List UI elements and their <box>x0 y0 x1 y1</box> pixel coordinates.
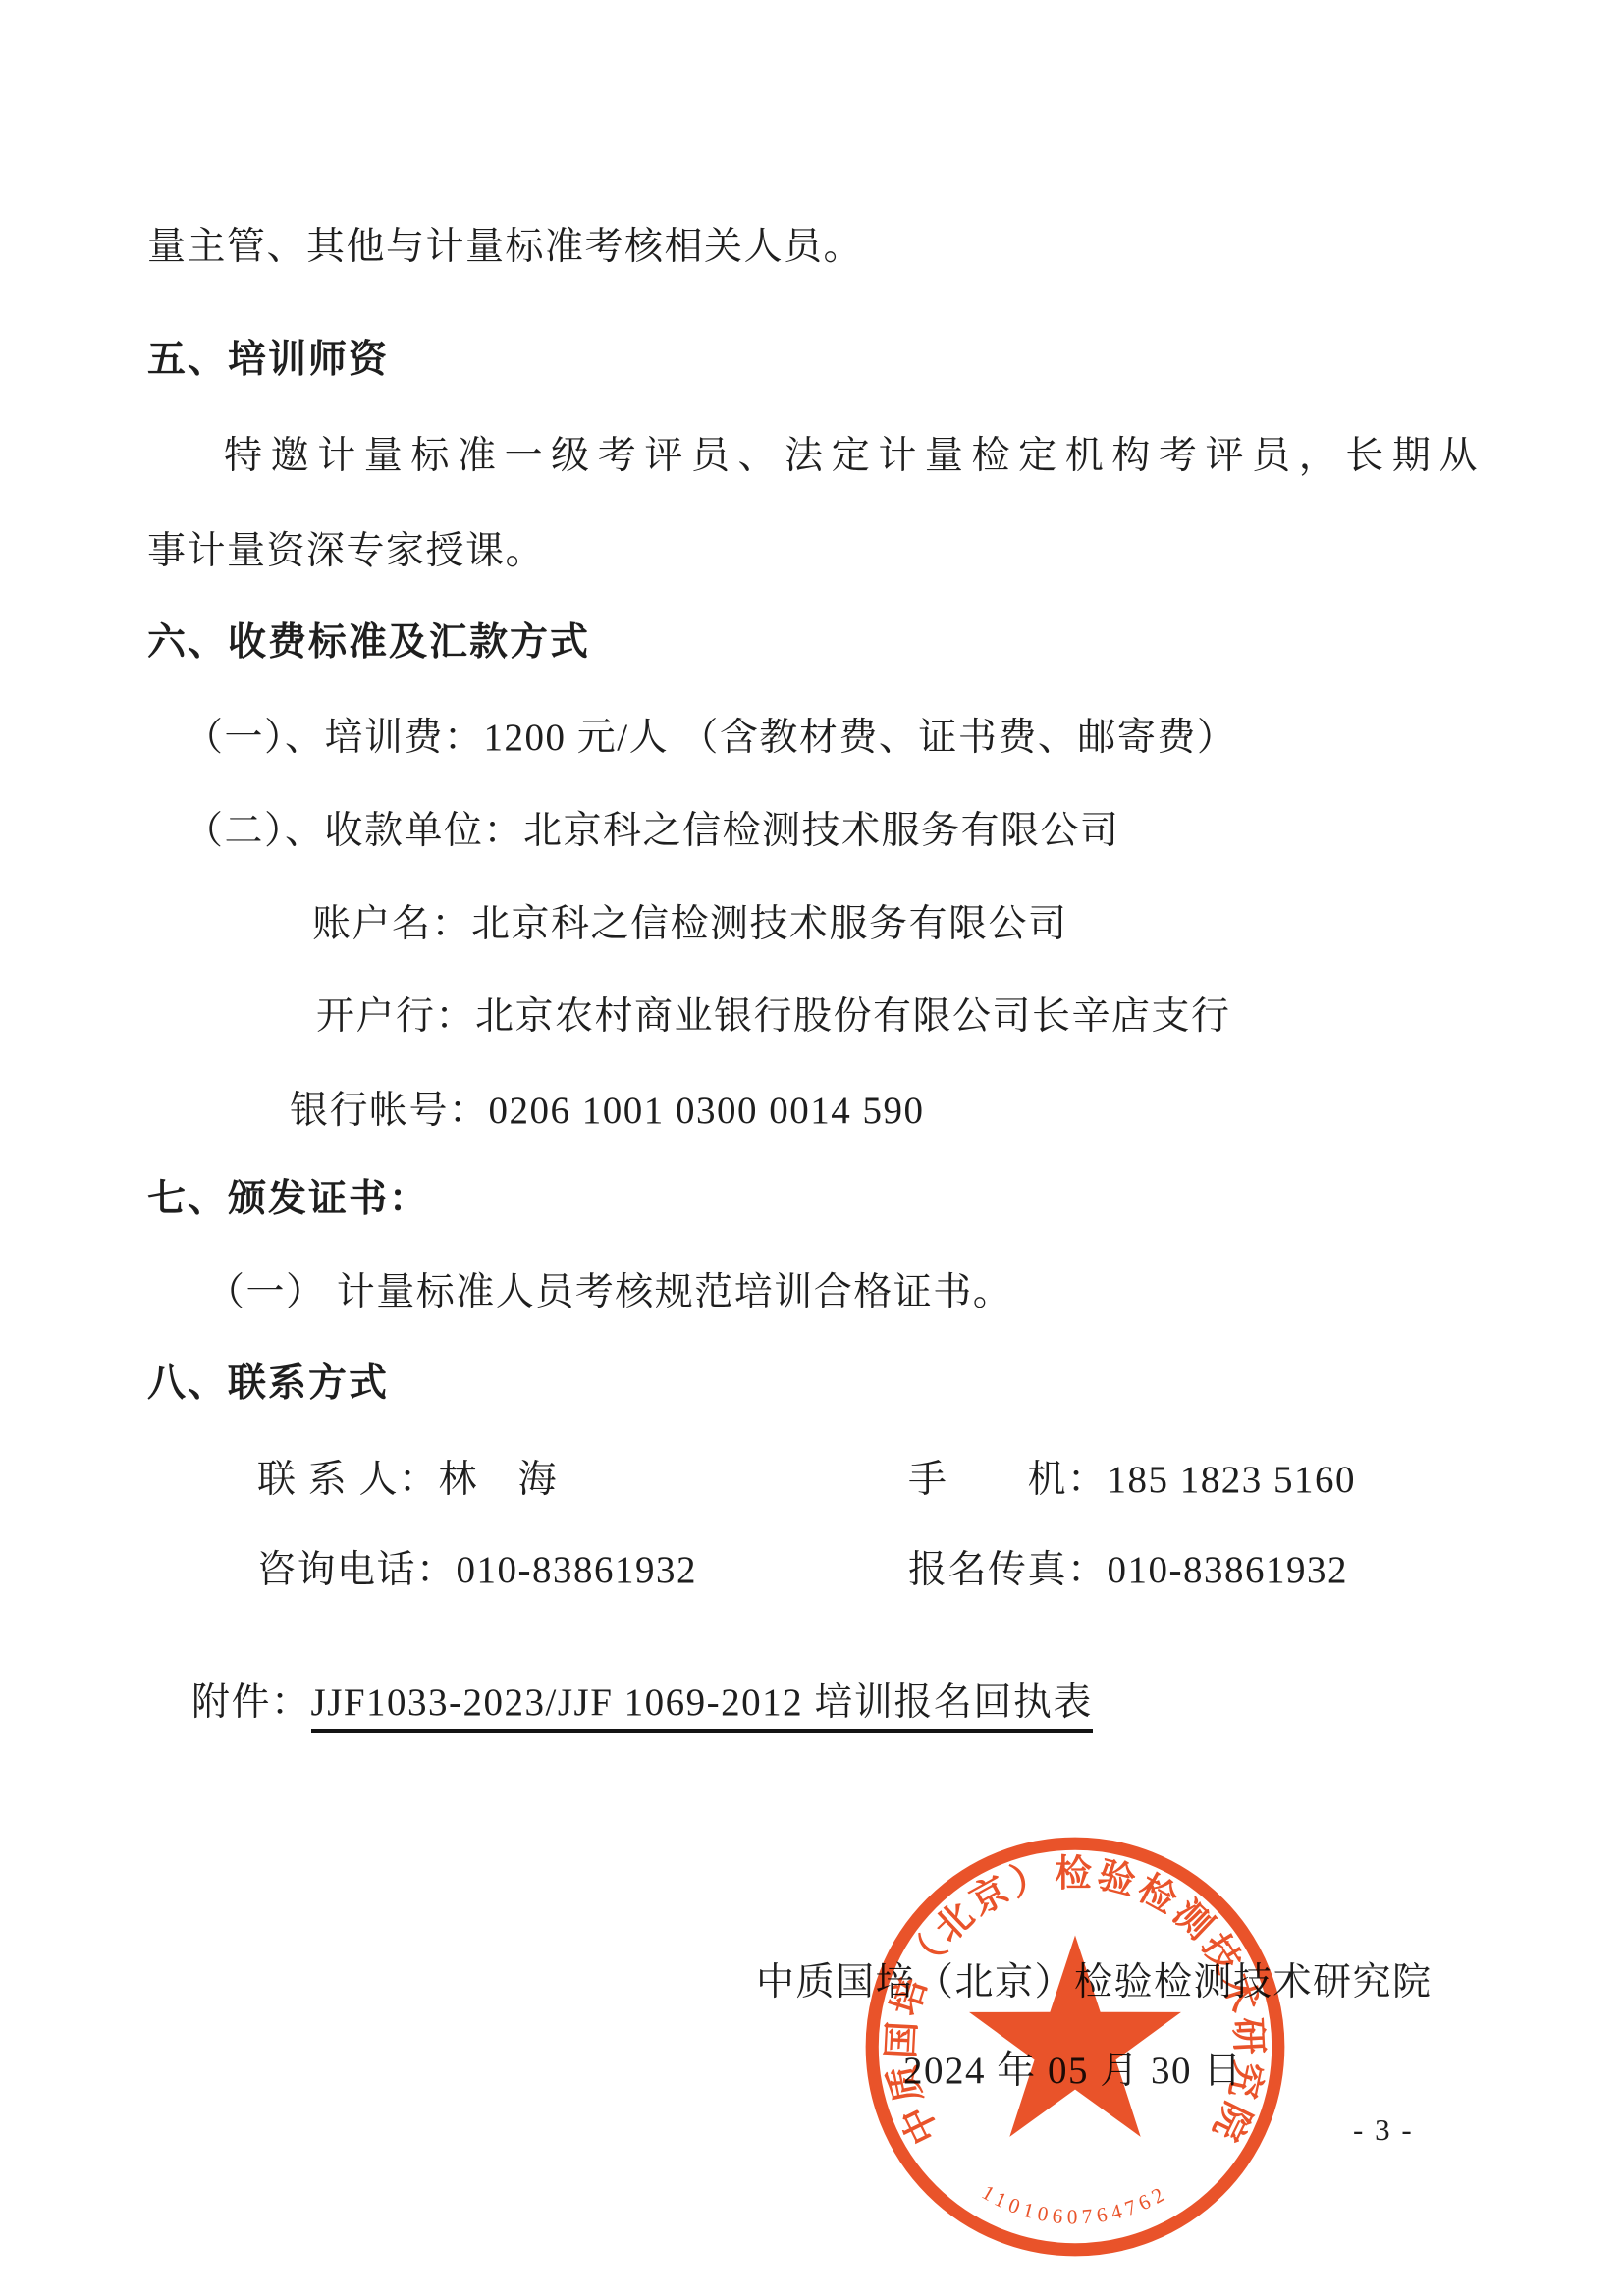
section6-heading: 六、收费标准及汇款方式 <box>147 621 590 666</box>
contact-mobile-label: 手 机：185 1823 5160 <box>908 1459 1356 1503</box>
section5-line1: 特邀计量标准一级考评员、法定计量检定机构考评员，长期从 <box>224 435 1479 479</box>
seal-code-number: 1101060764762 <box>978 2180 1172 2228</box>
signature-date-line: 2024 年 05 月 30 日 <box>903 2050 1243 2094</box>
contact-person-label: 联 系 人：林 海 <box>257 1459 558 1503</box>
section8-heading: 八、联系方式 <box>147 1362 389 1407</box>
section7-certificate-line: （一） 计量标准人员考核规范培训合格证书。 <box>206 1271 1012 1315</box>
section6-bank-line: 开户行：北京农村商业银行股份有限公司长辛店支行 <box>316 995 1231 1040</box>
seal-graphic: 中质国培（北京）检验检测技术研究院 1101060764762 <box>856 1828 1294 2266</box>
official-seal-stamp: 中质国培（北京）检验检测技术研究院 1101060764762 <box>856 1828 1294 2266</box>
section6-account-number-line: 银行帐号：0206 1001 0300 0014 590 <box>290 1090 925 1134</box>
signature-org-line: 中质国培（北京）检验检测技术研究院 <box>756 1961 1433 2005</box>
section5-line2: 事计量资深专家授课。 <box>147 530 545 574</box>
contact-fax-label: 报名传真：010-83861932 <box>908 1549 1348 1593</box>
contact-phone-label: 咨询电话：010-83861932 <box>257 1549 697 1593</box>
section7-heading: 七、颁发证书： <box>147 1178 429 1222</box>
seal-ring <box>872 1843 1278 2250</box>
section6-fee-line: （一）、培训费：1200 元/人 （含教材费、证书费、邮寄费） <box>185 717 1236 761</box>
document-page: 量主管、其他与计量标准考核相关人员。 五、培训师资 特邀计量标准一级考评员、法定… <box>0 0 1624 2296</box>
section5-heading: 五、培训师资 <box>147 339 389 383</box>
section6-payee-line: （二）、收款单位：北京科之信检测技术服务有限公司 <box>185 810 1120 854</box>
intro-continuation-line: 量主管、其他与计量标准考核相关人员。 <box>147 226 863 270</box>
attachment-title-underlined: JJF1033-2023/JJF 1069-2012 培训报名回执表 <box>311 1682 1093 1733</box>
attachment-line: 附件：JJF1033-2023/JJF 1069-2012 培训报名回执表 <box>147 1637 1093 1770</box>
attachment-label: 附件： <box>191 1682 311 1724</box>
page-number: - 3 - <box>1353 2112 1414 2148</box>
section6-account-name-line: 账户名：北京科之信检测技术服务有限公司 <box>312 903 1068 947</box>
